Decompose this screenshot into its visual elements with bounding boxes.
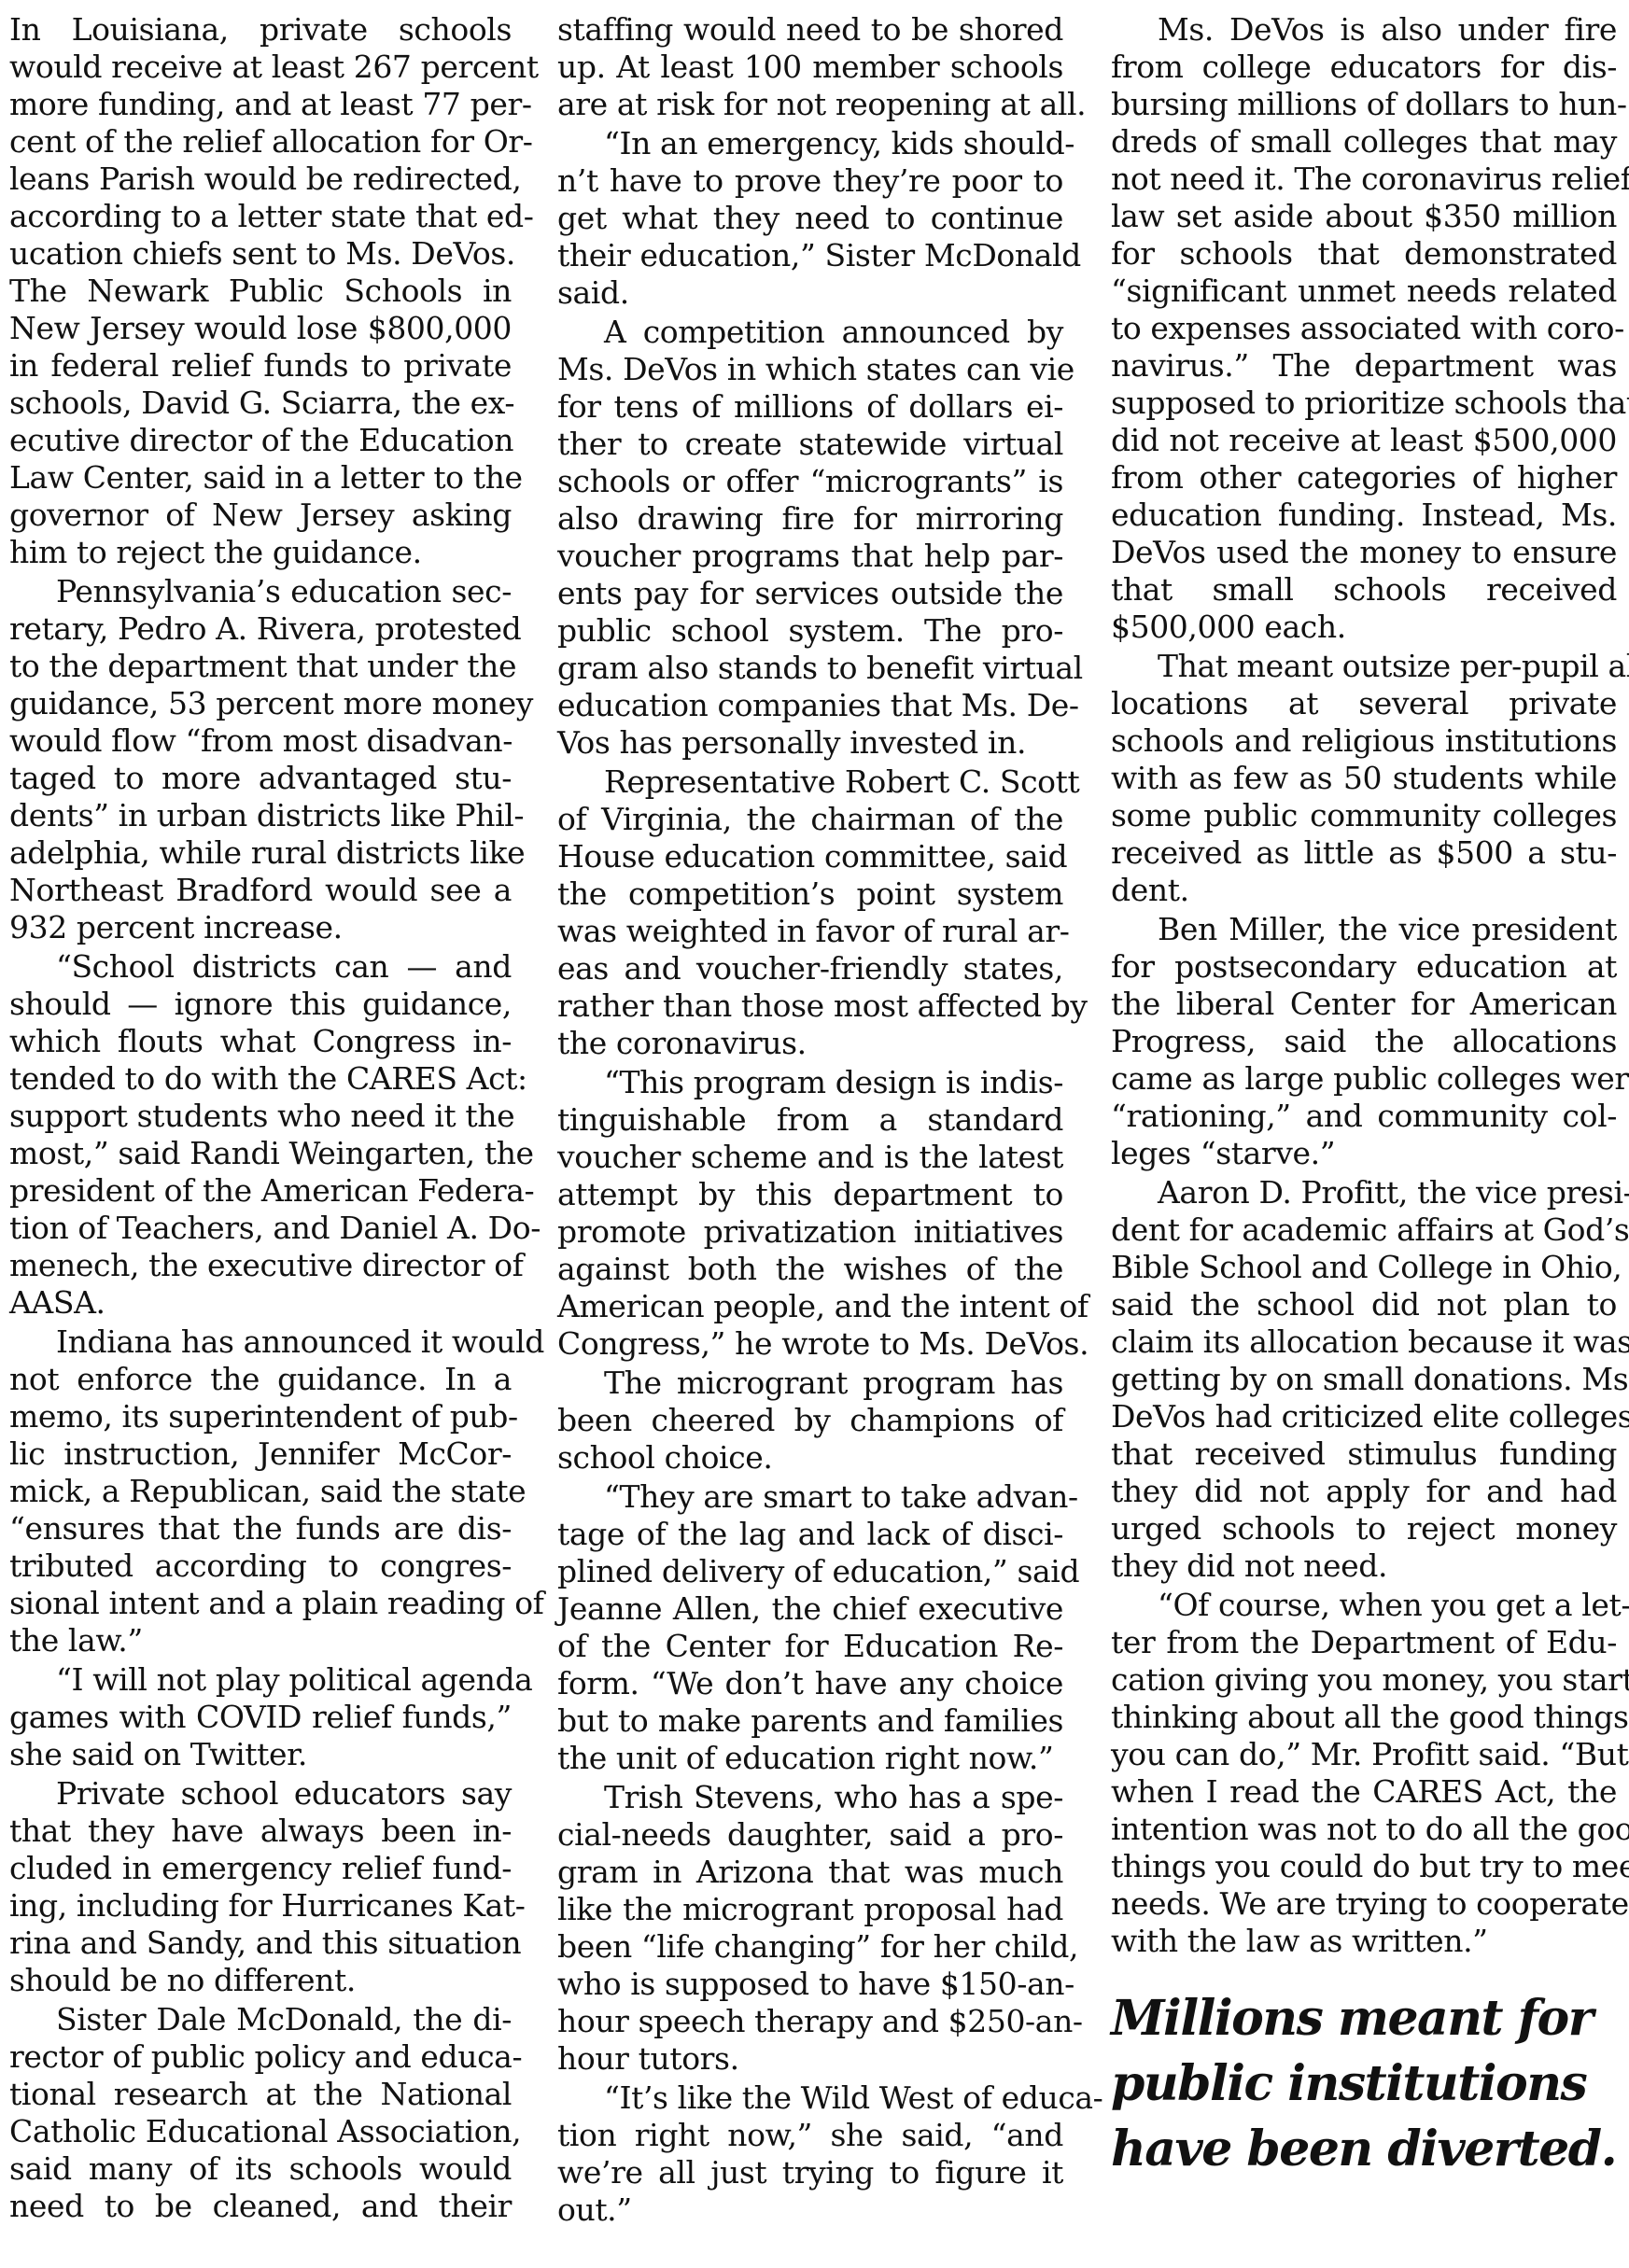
- text-line: schools, David G. Sciarra, the ex-: [9, 385, 512, 422]
- text-line: not enforce the guidance. In a: [9, 1361, 512, 1398]
- text-line: that they have always been in-: [9, 1813, 512, 1850]
- text-line: cial-needs daughter, said a pro-: [557, 1816, 1063, 1854]
- text-line: ents pay for services outside the: [557, 575, 1063, 612]
- text-line: against both the wishes of the: [557, 1251, 1063, 1288]
- text-line: should be no different.: [9, 1962, 512, 1999]
- text-line: tage of the lag and lack of disci-: [557, 1516, 1063, 1553]
- text-line: promote privatization initiatives: [557, 1213, 1063, 1251]
- paragraph: “Of course, when you get a let-ter from …: [1111, 1587, 1617, 1960]
- text-line: dent for academic affairs at God’s: [1111, 1211, 1617, 1249]
- paragraph: Pennsylvania’s education sec-retary, Ped…: [9, 573, 512, 946]
- text-line: “This program design is indis-: [557, 1064, 1063, 1101]
- text-line: tion right now,” she said, “and: [557, 2117, 1063, 2154]
- text-line: for postsecondary education at: [1111, 948, 1617, 986]
- text-line: locations at several private: [1111, 685, 1617, 722]
- text-line: DeVos had criticized elite colleges: [1111, 1398, 1617, 1435]
- text-line: In Louisiana, private schools: [9, 11, 512, 49]
- text-line: tinguishable from a standard: [557, 1101, 1063, 1139]
- text-line: urged schools to reject money: [1111, 1510, 1617, 1547]
- text-line: adelphia, while rural districts like: [9, 834, 512, 872]
- text-line: the liberal Center for American: [1111, 986, 1617, 1023]
- paragraph: Indiana has announced it wouldnot enforc…: [9, 1323, 512, 1659]
- text-line: are at risk for not reopening at all.: [557, 86, 1063, 123]
- text-line: cation giving you money, you start: [1111, 1661, 1617, 1699]
- text-line: rina and Sandy, and this situation: [9, 1925, 512, 1962]
- text-line: governor of New Jersey asking: [9, 497, 512, 534]
- text-line: Ms. DeVos is also under fire: [1111, 11, 1617, 49]
- text-line: “In an emergency, kids should-: [557, 125, 1063, 162]
- paragraph: Private school educators saythat they ha…: [9, 1775, 512, 1999]
- article-column-1: In Louisiana, private schoolswould recei…: [9, 11, 512, 2225]
- text-line: The microgrant program has: [557, 1365, 1063, 1402]
- text-line: plined delivery of education,” said: [557, 1553, 1063, 1590]
- pull-quote-line: have been diverted.: [1111, 2117, 1617, 2182]
- text-line: needs. We are trying to cooperate: [1111, 1885, 1617, 1923]
- text-line: more funding, and at least 77 per-: [9, 86, 512, 123]
- text-line: tion of Teachers, and Daniel A. Do-: [9, 1210, 512, 1247]
- text-line: rector of public policy and educa-: [9, 2038, 512, 2076]
- text-line: n’t have to prove they’re poor to: [557, 162, 1063, 200]
- text-line: with as few as 50 students while: [1111, 760, 1617, 797]
- text-line: their education,” Sister McDonald: [557, 237, 1063, 274]
- text-line: need to be cleaned, and their: [9, 2188, 512, 2225]
- text-line: That meant outsize per-pupil al-: [1111, 648, 1617, 685]
- text-line: Indiana has announced it would: [9, 1323, 512, 1361]
- text-line: education funding. Instead, Ms.: [1111, 497, 1617, 534]
- text-line: dents” in urban districts like Phil-: [9, 797, 512, 834]
- text-line: The Newark Public Schools in: [9, 273, 512, 310]
- text-line: ther to create statewide virtual: [557, 426, 1063, 463]
- text-line: lic instruction, Jennifer McCor-: [9, 1435, 512, 1473]
- text-line: to the department that under the: [9, 648, 512, 685]
- paragraph: “This program design is indis-tinguishab…: [557, 1064, 1063, 1363]
- text-line: dent.: [1111, 872, 1617, 909]
- text-line: the competition’s point system: [557, 875, 1063, 913]
- text-line: New Jersey would lose $800,000: [9, 310, 512, 347]
- text-line: she said on Twitter.: [9, 1736, 512, 1773]
- text-line: getting by on small donations. Ms.: [1111, 1361, 1617, 1398]
- text-line: most,” said Randi Weingarten, the: [9, 1135, 512, 1172]
- text-line: “Of course, when you get a let-: [1111, 1587, 1617, 1624]
- text-line: “It’s like the Wild West of educa-: [557, 2079, 1063, 2117]
- paragraph: “In an emergency, kids should-n’t have t…: [557, 125, 1063, 312]
- text-line: we’re all just trying to figure it: [557, 2154, 1063, 2191]
- text-line: cent of the relief allocation for Or-: [9, 123, 512, 161]
- text-line: Vos has personally invested in.: [557, 724, 1063, 762]
- paragraph: Trish Stevens, who has a spe-cial-needs …: [557, 1779, 1063, 2078]
- text-line: in federal relief funds to private: [9, 347, 512, 385]
- text-line: Progress, said the allocations: [1111, 1023, 1617, 1060]
- text-line: form. “We don’t have any choice: [557, 1665, 1063, 1702]
- text-line: get what they need to continue: [557, 200, 1063, 237]
- text-line: said.: [557, 274, 1063, 312]
- text-line: games with COVID relief funds,”: [9, 1699, 512, 1736]
- text-line: that received stimulus funding: [1111, 1435, 1617, 1473]
- text-line: to expenses associated with coro-: [1111, 310, 1617, 347]
- column-3-paragraphs: Ms. DeVos is also under firefrom college…: [1111, 11, 1617, 1960]
- text-line: up. At least 100 member schools: [557, 49, 1063, 86]
- text-line: not need it. The coronavirus relief: [1111, 161, 1617, 198]
- text-line: that small schools received: [1111, 571, 1617, 609]
- text-line: tended to do with the CARES Act:: [9, 1060, 512, 1098]
- text-line: gram also stands to benefit virtual: [557, 650, 1063, 687]
- text-line: leges “starve.”: [1111, 1135, 1617, 1172]
- text-line: guidance, 53 percent more money: [9, 685, 512, 722]
- text-line: received as little as $500 a stu-: [1111, 834, 1617, 872]
- text-line: Sister Dale McDonald, the di-: [9, 2001, 512, 2038]
- text-line: Private school educators say: [9, 1775, 512, 1813]
- paragraph: “It’s like the Wild West of educa-tion r…: [557, 2079, 1063, 2229]
- paragraph: Ms. DeVos is also under firefrom college…: [1111, 11, 1617, 646]
- text-line: been “life changing” for her child,: [557, 1928, 1063, 1966]
- text-line: Trish Stevens, who has a spe-: [557, 1779, 1063, 1816]
- text-line: of Virginia, the chairman of the: [557, 801, 1063, 838]
- text-line: you can do,” Mr. Profitt said. “But: [1111, 1736, 1617, 1773]
- text-line: the coronavirus.: [557, 1025, 1063, 1062]
- pull-quote: Millions meant for public institutions h…: [1111, 1986, 1617, 2182]
- text-line: Northeast Bradford would see a: [9, 872, 512, 909]
- text-line: House education committee, said: [557, 838, 1063, 875]
- text-line: with the law as written.”: [1111, 1923, 1617, 1960]
- text-line: things you could do but try to meet: [1111, 1848, 1617, 1885]
- text-line: said the school did not plan to: [1111, 1286, 1617, 1323]
- paragraph: The microgrant program hasbeen cheered b…: [557, 1365, 1063, 1477]
- text-line: which flouts what Congress in-: [9, 1023, 512, 1060]
- text-line: when I read the CARES Act, the: [1111, 1773, 1617, 1811]
- text-line: voucher scheme and is the latest: [557, 1139, 1063, 1176]
- text-line: came as large public colleges were: [1111, 1060, 1617, 1098]
- text-line: but to make parents and families: [557, 1702, 1063, 1740]
- text-line: Bible School and College in Ohio,: [1111, 1249, 1617, 1286]
- paragraph: Aaron D. Profitt, the vice presi-dent fo…: [1111, 1174, 1617, 1585]
- text-line: Law Center, said in a letter to the: [9, 459, 512, 497]
- text-line: ecutive director of the Education: [9, 422, 512, 459]
- text-line: would flow “from most disadvan-: [9, 722, 512, 760]
- text-line: “They are smart to take advan-: [557, 1478, 1063, 1516]
- text-line: Ms. DeVos in which states can vie: [557, 351, 1063, 388]
- text-line: staffing would need to be shored: [557, 11, 1063, 49]
- text-line: support students who need it the: [9, 1098, 512, 1135]
- text-line: did not receive at least $500,000: [1111, 422, 1617, 459]
- text-line: would receive at least 267 percent: [9, 49, 512, 86]
- text-line: “significant unmet needs related: [1111, 273, 1617, 310]
- text-line: also drawing fire for mirroring: [557, 500, 1063, 538]
- paragraph: “School districts can — andshould — igno…: [9, 948, 512, 1322]
- text-line: sional intent and a plain reading of: [9, 1585, 512, 1622]
- text-line: who is supposed to have $150-an-: [557, 1966, 1063, 2003]
- text-line: out.”: [557, 2191, 1063, 2229]
- text-line: public school system. The pro-: [557, 612, 1063, 650]
- text-line: law set aside about $350 million: [1111, 198, 1617, 235]
- text-line: education companies that Ms. De-: [557, 687, 1063, 724]
- text-line: according to a letter state that ed-: [9, 198, 512, 235]
- text-line: Pennsylvania’s education sec-: [9, 573, 512, 610]
- text-line: from college educators for dis-: [1111, 49, 1617, 86]
- paragraph: In Louisiana, private schoolswould recei…: [9, 11, 512, 571]
- text-line: the law.”: [9, 1622, 512, 1659]
- text-line: hour tutors.: [557, 2040, 1063, 2078]
- text-line: attempt by this department to: [557, 1176, 1063, 1213]
- pull-quote-line: Millions meant for: [1111, 1986, 1617, 2051]
- text-line: eas and voucher-friendly states,: [557, 950, 1063, 987]
- text-line: retary, Pedro A. Rivera, protested: [9, 610, 512, 648]
- text-line: school choice.: [557, 1439, 1063, 1477]
- text-line: said many of its schools would: [9, 2150, 512, 2188]
- text-line: $500,000 each.: [1111, 609, 1617, 646]
- text-line: navirus.” The department was: [1111, 347, 1617, 385]
- pull-quote-line: public institutions: [1111, 2051, 1617, 2117]
- text-line: Jeanne Allen, the chief executive: [557, 1590, 1063, 1628]
- text-line: mick, a Republican, said the state: [9, 1473, 512, 1510]
- text-line: memo, its superintendent of pub-: [9, 1398, 512, 1435]
- text-line: A competition announced by: [557, 314, 1063, 351]
- text-line: ucation chiefs sent to Ms. DeVos.: [9, 235, 512, 273]
- paragraph: Ben Miller, the vice presidentfor postse…: [1111, 911, 1617, 1172]
- text-line: president of the American Federa-: [9, 1172, 512, 1210]
- text-line: DeVos used the money to ensure: [1111, 534, 1617, 571]
- text-line: they did not apply for and had: [1111, 1473, 1617, 1510]
- text-line: menech, the executive director of: [9, 1247, 512, 1284]
- text-line: Representative Robert C. Scott: [557, 763, 1063, 801]
- text-line: supposed to prioritize schools that: [1111, 385, 1617, 422]
- text-line: been cheered by champions of: [557, 1402, 1063, 1439]
- text-line: for tens of millions of dollars ei-: [557, 388, 1063, 426]
- text-line: hour speech therapy and $250-an-: [557, 2003, 1063, 2040]
- text-line: they did not need.: [1111, 1547, 1617, 1585]
- text-line: Ben Miller, the vice president: [1111, 911, 1617, 948]
- text-line: like the microgrant proposal had: [557, 1891, 1063, 1928]
- text-line: should — ignore this guidance,: [9, 986, 512, 1023]
- text-line: American people, and the intent of: [557, 1288, 1063, 1325]
- text-line: tributed according to congres-: [9, 1547, 512, 1585]
- text-line: schools and religious institutions: [1111, 722, 1617, 760]
- paragraph: staffing would need to be shoredup. At l…: [557, 11, 1063, 123]
- text-line: Catholic Educational Association,: [9, 2113, 512, 2150]
- text-line: 932 percent increase.: [9, 909, 512, 946]
- text-line: tional research at the National: [9, 2076, 512, 2113]
- text-line: schools or offer “microgrants” is: [557, 463, 1063, 500]
- text-line: of the Center for Education Re-: [557, 1628, 1063, 1665]
- text-line: bursing millions of dollars to hun-: [1111, 86, 1617, 123]
- text-line: claim its allocation because it was: [1111, 1323, 1617, 1361]
- text-line: from other categories of higher: [1111, 459, 1617, 497]
- paragraph: Representative Robert C. Scottof Virgini…: [557, 763, 1063, 1062]
- text-line: ing, including for Hurricanes Kat-: [9, 1887, 512, 1925]
- text-line: some public community colleges: [1111, 797, 1617, 834]
- text-line: cluded in emergency relief fund-: [9, 1850, 512, 1887]
- text-line: leans Parish would be redirected,: [9, 161, 512, 198]
- text-line: gram in Arizona that was much: [557, 1854, 1063, 1891]
- paragraph: A competition announced byMs. DeVos in w…: [557, 314, 1063, 762]
- text-line: was weighted in favor of rural ar-: [557, 913, 1063, 950]
- paragraph: Sister Dale McDonald, the di-rector of p…: [9, 2001, 512, 2225]
- text-line: “rationing,” and community col-: [1111, 1098, 1617, 1135]
- text-line: intention was not to do all the good: [1111, 1811, 1617, 1848]
- text-line: him to reject the guidance.: [9, 534, 512, 571]
- text-line: the unit of education right now.”: [557, 1740, 1063, 1777]
- paragraph: “I will not play political agendagames w…: [9, 1661, 512, 1773]
- text-line: taged to more advantaged stu-: [9, 760, 512, 797]
- paragraph: That meant outsize per-pupil al-location…: [1111, 648, 1617, 909]
- text-line: “I will not play political agenda: [9, 1661, 512, 1699]
- text-line: thinking about all the good things: [1111, 1699, 1617, 1736]
- paragraph: “They are smart to take advan-tage of th…: [557, 1478, 1063, 1777]
- article-column-2: staffing would need to be shoredup. At l…: [557, 11, 1063, 2229]
- text-line: Congress,” he wrote to Ms. DeVos.: [557, 1325, 1063, 1363]
- article-column-3: Ms. DeVos is also under firefrom college…: [1111, 11, 1617, 2182]
- text-line: “School districts can — and: [9, 948, 512, 986]
- text-line: for schools that demonstrated: [1111, 235, 1617, 273]
- text-line: Aaron D. Profitt, the vice presi-: [1111, 1174, 1617, 1211]
- text-line: dreds of small colleges that may: [1111, 123, 1617, 161]
- text-line: voucher programs that help par-: [557, 538, 1063, 575]
- text-line: “ensures that the funds are dis-: [9, 1510, 512, 1547]
- text-line: ter from the Department of Edu-: [1111, 1624, 1617, 1661]
- text-line: rather than those most affected by: [557, 987, 1063, 1025]
- text-line: AASA.: [9, 1284, 512, 1322]
